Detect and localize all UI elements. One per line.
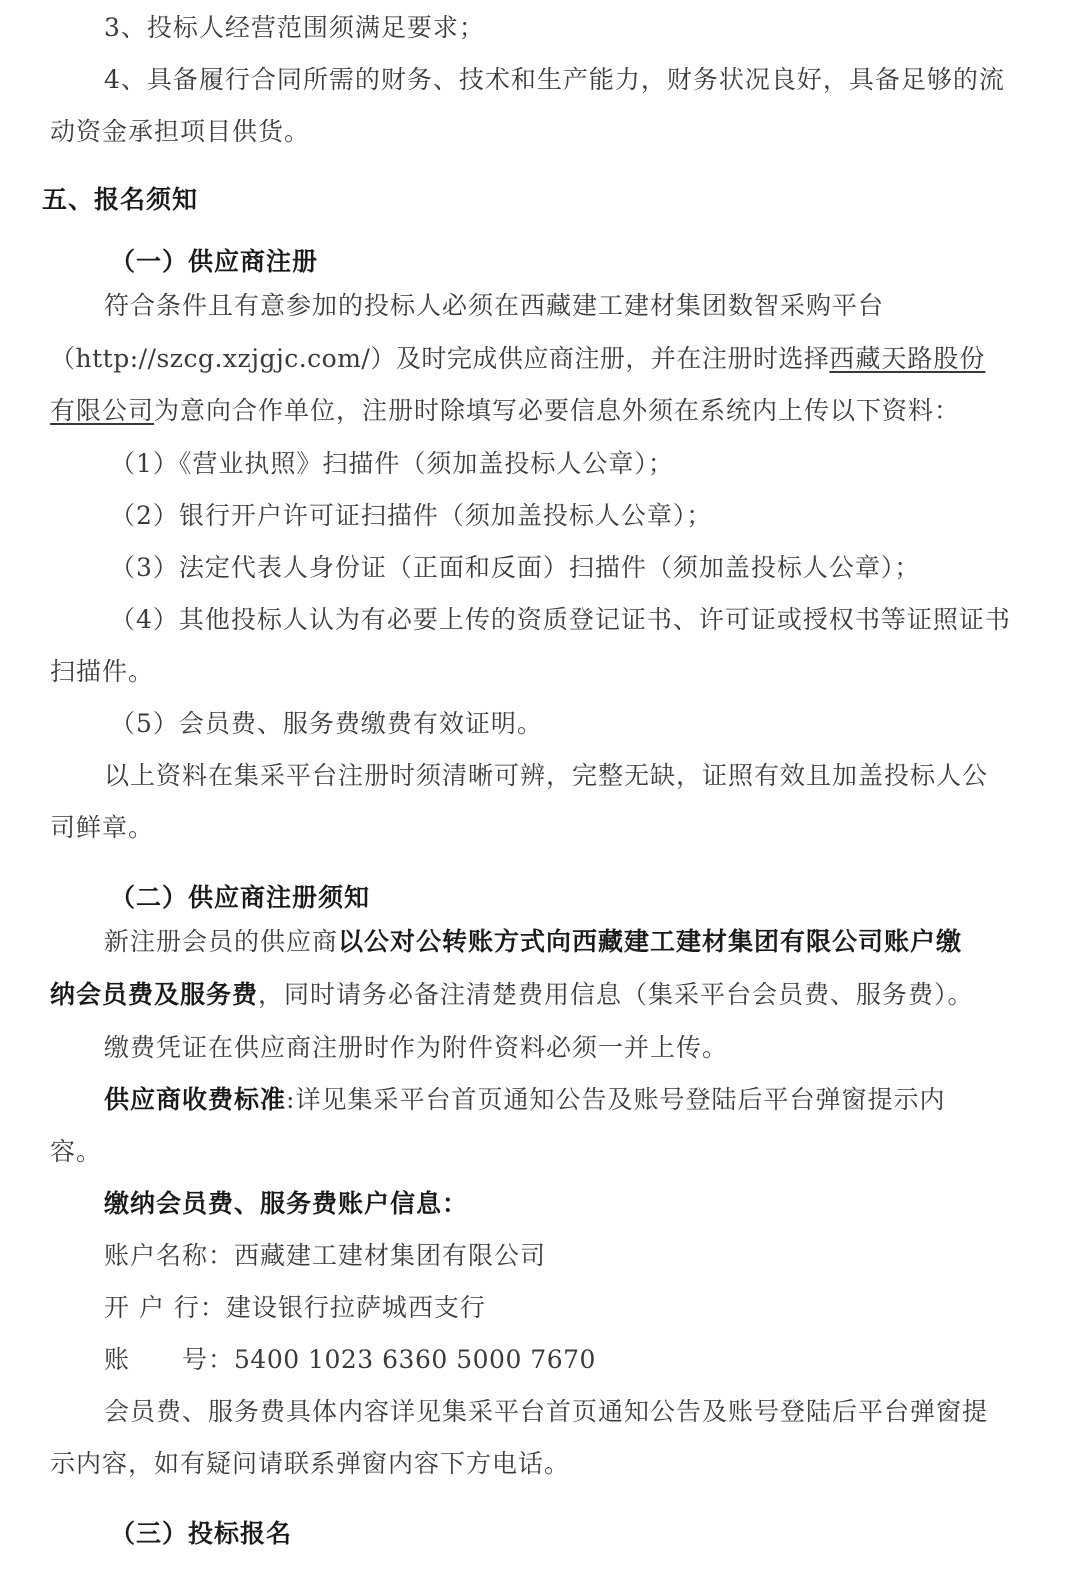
document-item-1: （1）《营业执照》扫描件（须加盖投标人公章）； [110, 448, 674, 480]
partner-company-underlined-1: 西藏天路股份 [829, 344, 985, 373]
account-name-value: 西藏建工建材集团有限公司 [234, 1241, 546, 1270]
requirement-4-line1: 4、具备履行合同所需的财务、技术和生产能力，财务状况良好，具备足够的流 [104, 64, 1005, 96]
requirement-3: 3、投标人经营范围须满足要求； [104, 12, 485, 44]
fee-details-line2: 示内容，如有疑问请联系弹窗内容下方电话。 [50, 1448, 570, 1480]
bank-label: 开 户 行： [104, 1293, 226, 1322]
registration-intro-line3: 有限公司为意向合作单位，注册时除填写必要信息外须在系统内上传以下资料： [50, 395, 960, 427]
registration-intro-line2: （http://szcg.xzjgjc.com/）及时完成供应商注册，并在注册时… [50, 343, 985, 375]
account-name-row: 账户名称：西藏建工建材集团有限公司 [104, 1240, 546, 1272]
document-item-3: （3）法定代表人身份证（正面和反面）扫描件（须加盖投标人公章）； [110, 552, 920, 584]
materials-note-line2: 司鲜章。 [50, 812, 154, 844]
account-info-heading: 缴纳会员费、服务费账户信息： [104, 1188, 468, 1220]
fee-standard-text: :详见集采平台首页通知公告及账号登陆后平台弹窗提示内 [286, 1085, 945, 1114]
payment-text-bold: 以公对公转账方式向西藏建工建材集团有限公司账户缴 [338, 927, 962, 956]
account-name-label: 账户名称： [104, 1241, 234, 1270]
materials-note-line1: 以上资料在集采平台注册时须清晰可辨，完整无缺，证照有效且加盖投标人公 [104, 760, 988, 792]
account-number-row: 账 号：5400 1023 6360 5000 7670 [104, 1344, 596, 1376]
partner-company-underlined-2: 有限公司 [50, 396, 154, 425]
document-item-4: （4）其他投标人认为有必要上传的资质登记证书、许可证或授权书等证照证书 [110, 604, 1011, 636]
document-item-2: （2）银行开户许可证扫描件（须加盖投标人公章）； [110, 500, 712, 532]
document-item-5: （5）会员费、服务费缴费有效证明。 [110, 708, 543, 740]
registration-intro-line3-text: 为意向合作单位，注册时除填写必要信息外须在系统内上传以下资料： [154, 396, 960, 425]
payment-text-bold-2: 纳会员费及服务费 [50, 980, 258, 1009]
payment-text-normal-2: ，同时请务必备注清楚费用信息（集采平台会员费、服务费）。 [258, 980, 974, 1009]
voucher-upload-note: 缴费凭证在供应商注册时作为附件资料必须一并上传。 [104, 1032, 728, 1064]
fee-details-line1: 会员费、服务费具体内容详见集采平台首页通知公告及账号登陆后平台弹窗提 [104, 1396, 988, 1428]
subsection-2-title: （二）供应商注册须知 [110, 882, 370, 914]
fee-standard-line2: 容。 [50, 1136, 102, 1168]
account-number-label: 账 号： [104, 1345, 234, 1374]
payment-paragraph-line2: 纳会员费及服务费，同时请务必备注清楚费用信息（集采平台会员费、服务费）。 [50, 979, 974, 1011]
account-number-value: 5400 1023 6360 5000 7670 [234, 1345, 596, 1374]
requirement-4-line2: 动资金承担项目供货。 [50, 116, 310, 148]
registration-intro-line1: 符合条件且有意参加的投标人必须在西藏建工建材集团数智采购平台 [104, 290, 884, 322]
fee-standard-line1: 供应商收费标准:详见集采平台首页通知公告及账号登陆后平台弹窗提示内 [104, 1084, 945, 1116]
payment-paragraph-line1: 新注册会员的供应商以公对公转账方式向西藏建工建材集团有限公司账户缴 [104, 926, 962, 958]
bank-value: 建设银行拉萨城西支行 [226, 1293, 486, 1322]
section-5-title: 五、报名须知 [42, 184, 198, 216]
document-item-4-cont: 扫描件。 [50, 656, 154, 688]
subsection-3-title: （三）投标报名 [110, 1518, 292, 1550]
bank-row: 开 户 行：建设银行拉萨城西支行 [104, 1292, 486, 1324]
payment-text-normal: 新注册会员的供应商 [104, 927, 338, 956]
fee-standard-label: 供应商收费标准 [104, 1085, 286, 1114]
subsection-1-title: （一）供应商注册 [110, 246, 318, 278]
platform-url-text: （http://szcg.xzjgjc.com/）及时完成供应商注册，并在注册时… [50, 344, 829, 373]
